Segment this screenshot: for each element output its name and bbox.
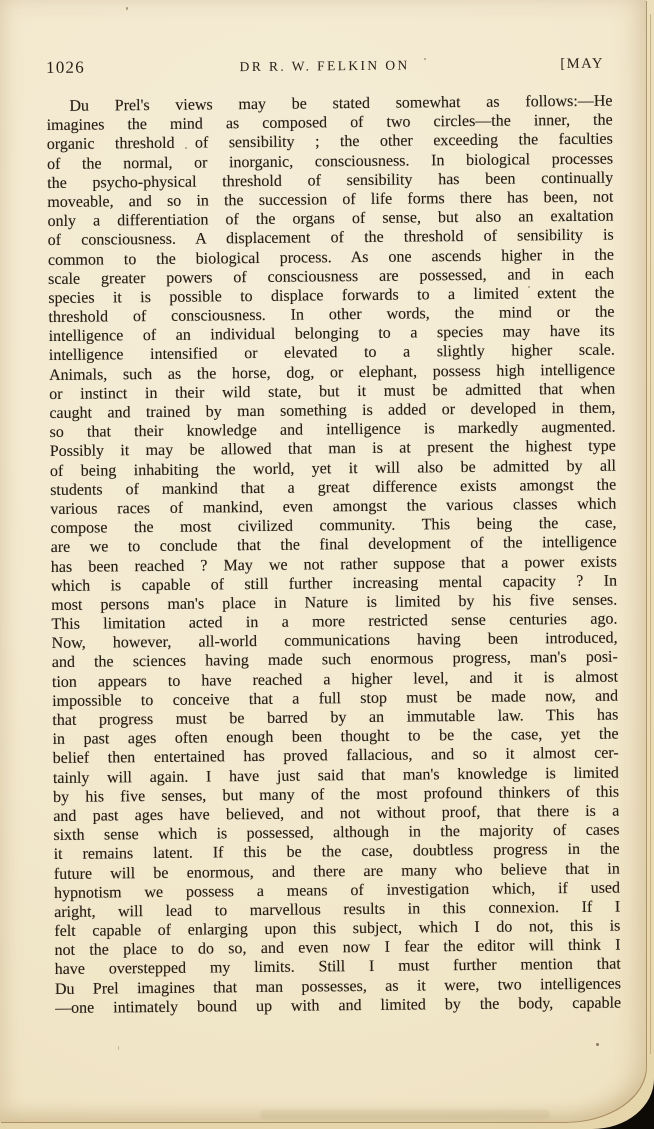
paper-speck [528, 286, 530, 288]
scanned-book-page: 1026 DR R. W. FELKIN ON [MAY Du Prel's v… [0, 0, 654, 1129]
body-text: Du Prel's views may be stated somewhat a… [46, 92, 621, 1018]
paper-speck [126, 7, 128, 10]
page-edge-line [650, 14, 651, 1054]
paper-speck [424, 58, 426, 60]
running-title: DR R. W. FELKIN ON [240, 58, 410, 76]
page-number: 1026 [46, 58, 85, 78]
page-content: 1026 DR R. W. FELKIN ON [MAY Du Prel's v… [46, 53, 621, 1018]
paper-speck [596, 1043, 599, 1046]
paper-smudge [260, 1110, 550, 1119]
month-marker: [MAY [560, 56, 612, 73]
paper-speck [118, 1046, 119, 1050]
page-sheet: 1026 DR R. W. FELKIN ON [MAY Du Prel's v… [0, 0, 646, 1122]
running-header: 1026 DR R. W. FELKIN ON [MAY [46, 53, 612, 79]
